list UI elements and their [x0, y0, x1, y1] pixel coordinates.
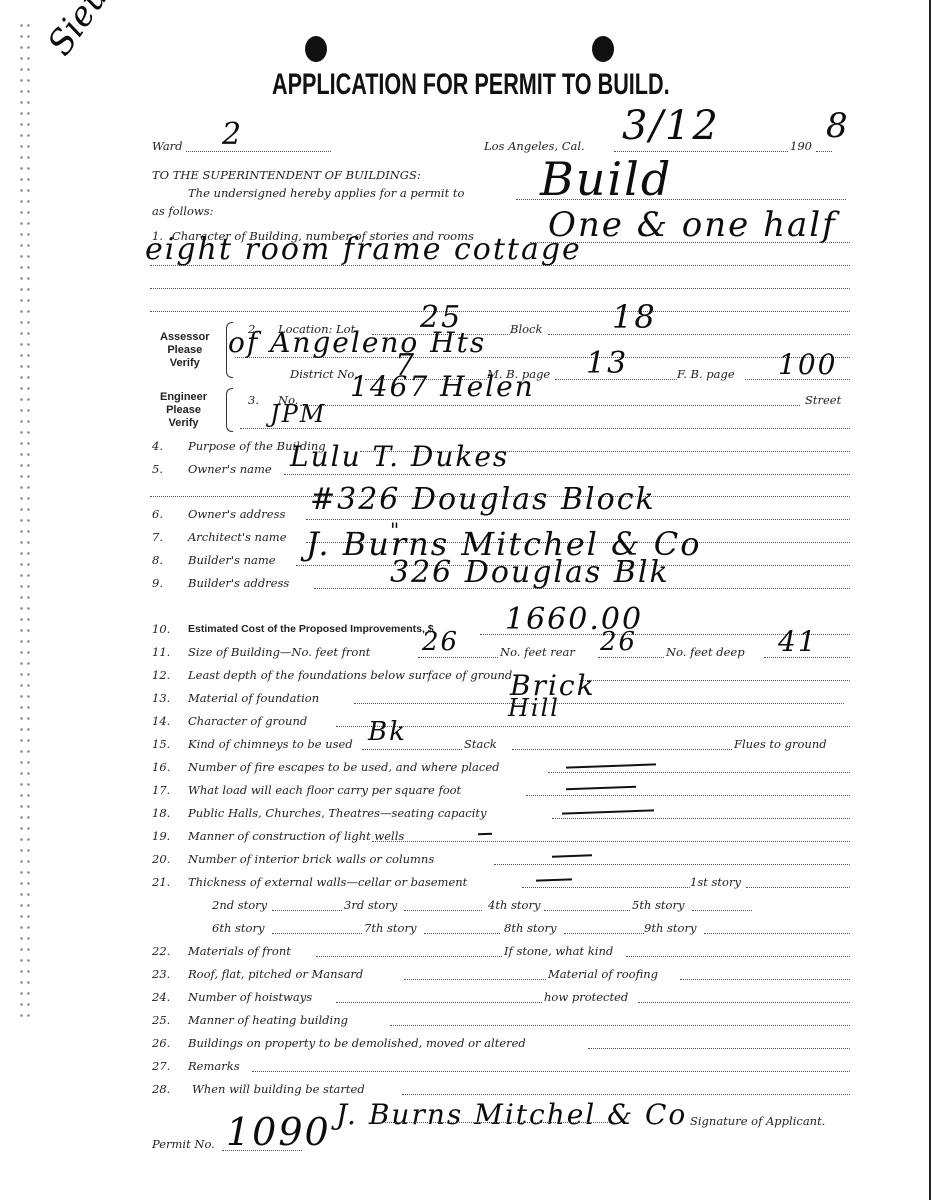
hoistways-label: Number of hoistways	[188, 990, 312, 1004]
owner-name-value: Lulu T. Dukes	[290, 440, 509, 473]
interior-walls-dash	[552, 854, 592, 857]
location-value-2: of Angeleno Hts	[228, 326, 486, 359]
block-label: Block	[510, 322, 542, 336]
roofing-material-label: Material of roofing	[548, 967, 658, 981]
seating-capacity-dash	[562, 809, 654, 814]
estimated-cost-label: Estimated Cost of the Proposed Improveme…	[188, 623, 434, 635]
applies-value: Build	[540, 152, 672, 206]
ground-character-label: Character of ground	[188, 714, 307, 728]
applicant-signature: J. Burns Mitchel & Co	[336, 1098, 687, 1131]
wall-thickness-label: Thickness of external walls—cellar or ba…	[188, 875, 467, 889]
ward-label: Ward	[152, 139, 183, 153]
demolished-label: Buildings on property to be demolished, …	[188, 1036, 526, 1050]
ward-value: 2	[222, 117, 243, 152]
owner-name-label: Owner's name	[188, 462, 272, 476]
first-story-label: 1st story	[690, 875, 741, 889]
builder-name-label: Builder's name	[188, 553, 276, 567]
permit-application-document: Sieur Bay 7 APPLICATION FOR PERMIT TO BU…	[0, 0, 932, 1200]
start-date-label: When will building be started	[192, 1082, 365, 1096]
assessor-verify-label: AssessorPleaseVerify	[160, 331, 210, 370]
city-label: Los Angeles, Cal.	[484, 139, 585, 153]
wall-thickness-dash	[536, 878, 572, 881]
character-value-2: eight room frame cottage	[145, 232, 582, 267]
year-prefix: 190	[790, 139, 812, 153]
floor-load-label: What load will each floor carry per squa…	[188, 783, 461, 797]
roof-label: Roof, flat, pitched or Mansard	[188, 967, 363, 981]
feet-front-value: 26	[422, 627, 459, 657]
feet-deep-label: No. feet deep	[666, 645, 745, 659]
scan-border	[929, 0, 931, 1200]
remarks-label: Remarks	[188, 1059, 240, 1073]
character-value: One & one half	[548, 205, 837, 245]
floor-load-dash	[566, 786, 636, 790]
salutation: TO THE SUPERINTENDENT OF BUILDINGS:	[152, 168, 421, 182]
fb-page-value: 100	[778, 348, 837, 381]
fb-page-label: F. B. page	[677, 367, 735, 381]
applies-text: The undersigned hereby applies for a per…	[188, 186, 464, 200]
street-label: Street	[805, 393, 841, 407]
engineer-brace	[226, 388, 233, 432]
chimneys-value: Bk	[368, 717, 407, 747]
stack-label: Stack	[464, 737, 497, 751]
front-materials-label: Materials of front	[188, 944, 291, 958]
page-title: APPLICATION FOR PERMIT TO BUILD.	[272, 68, 670, 102]
engineer-verify-label: EngineerPleaseVerify	[160, 391, 207, 430]
feet-rear-value: 26	[600, 627, 637, 657]
owner-address-value: #326 Douglas Block	[310, 482, 656, 517]
chimneys-label: Kind of chimneys to be used	[188, 737, 353, 751]
date-value: 3/12	[622, 103, 720, 149]
fire-escapes-dash	[566, 763, 656, 768]
stone-kind-label: If stone, what kind	[504, 944, 613, 958]
permit-no-value: 1090	[226, 1110, 331, 1154]
owner-address-label: Owner's address	[188, 507, 285, 521]
margin-annotation: Sieur Bay 7	[40, 0, 188, 63]
street-no-value: 1467 Helen	[350, 370, 535, 403]
year-suffix: 8	[826, 106, 850, 146]
permit-no-label: Permit No.	[152, 1137, 215, 1151]
punch-hole-right	[592, 36, 614, 62]
flues-label: Flues to ground	[734, 737, 827, 751]
signature-label: Signature of Applicant.	[690, 1114, 825, 1128]
fire-escapes-label: Number of fire escapes to be used, and w…	[188, 760, 500, 774]
foundation-material-label: Material of foundation	[188, 691, 319, 705]
punch-hole-left	[305, 36, 327, 62]
ground-character-value: Hill	[508, 694, 560, 722]
builder-address-label: Builder's address	[188, 576, 289, 590]
feet-rear-label: No. feet rear	[500, 645, 575, 659]
size-front-label: Size of Building—No. feet front	[188, 645, 370, 659]
scan-speckle-margin	[18, 20, 34, 1020]
block-value: 18	[612, 298, 657, 336]
foundation-depth-label: Least depth of the foundations below sur…	[188, 668, 512, 682]
district-label: District No.	[290, 367, 358, 381]
architect-name-label: Architect's name	[188, 530, 287, 544]
mb-page-value: 13	[586, 346, 628, 381]
as-follows: as follows:	[152, 204, 214, 218]
how-protected-label: how protected	[544, 990, 628, 1004]
builder-address-value: 326 Douglas Blk	[390, 555, 670, 590]
heating-label: Manner of heating building	[188, 1013, 348, 1027]
light-wells-dash	[478, 833, 492, 835]
seating-capacity-label: Public Halls, Churches, Theatres—seating…	[188, 806, 487, 820]
feet-deep-value: 41	[778, 625, 818, 658]
interior-walls-label: Number of interior brick walls or column…	[188, 852, 434, 866]
engineer-initials: JPM	[270, 400, 326, 428]
